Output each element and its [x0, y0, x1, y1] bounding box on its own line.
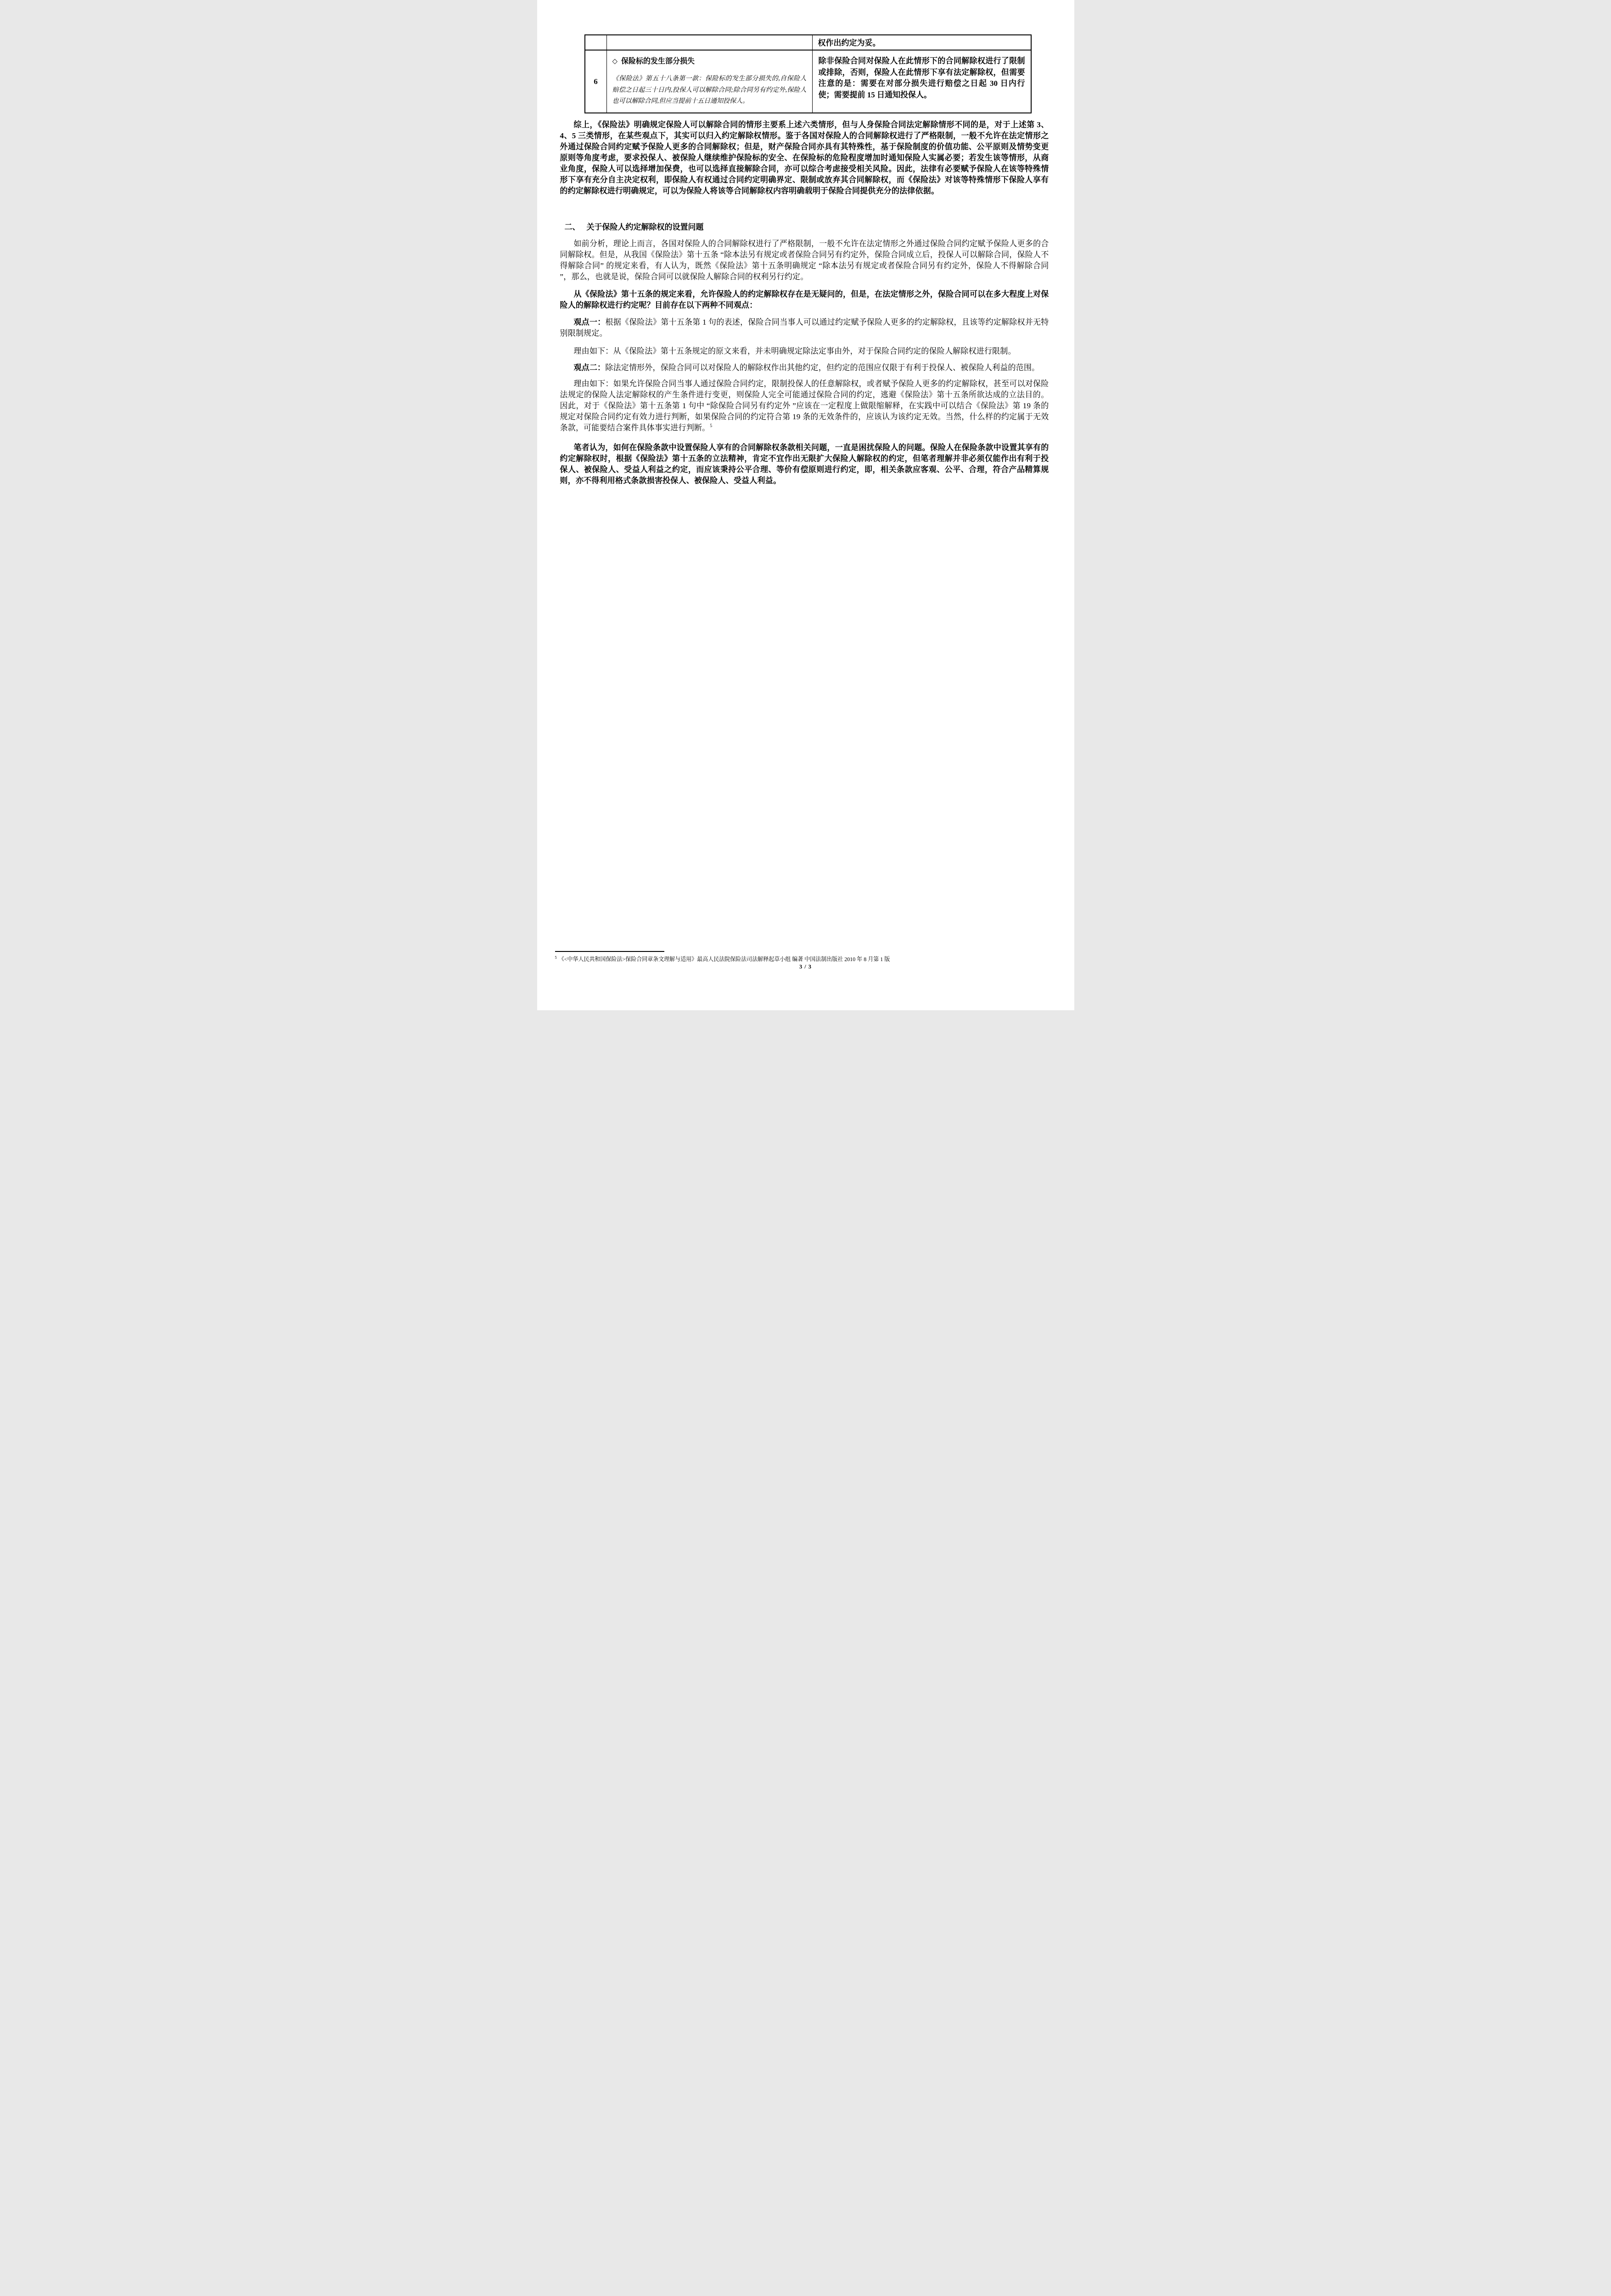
- viewpoint-1-text: 根据《保险法》第十五条第 1 句的表述，保险合同当事人可以通过约定赋予保险人更多…: [560, 318, 1049, 338]
- paragraph-reason-1: 理由如下：从《保险法》第十五条规定的原文来看，并未明确规定除法定事由外，对于保险…: [560, 346, 1049, 357]
- footnote-separator: [555, 951, 664, 952]
- paragraph-intro: 如前分析，理论上而言，各国对保险人的合同解除权进行了严格限制，一般不允许在法定情…: [560, 238, 1049, 282]
- table-row-number: 6: [585, 51, 607, 113]
- paragraph-viewpoint-1: 观点一：根据《保险法》第十五条第 1 句的表述，保险合同当事人可以通过约定赋予保…: [560, 317, 1049, 339]
- paragraph-viewpoint-2: 观点二：除法定情形外，保险合同可以对保险人的解除权作出其他约定，但约定的范围应仅…: [560, 362, 1049, 373]
- law-citation: 《保险法》第五十八条第一款：保险标的发生部分损失的,自保险人赔偿之日起三十日内,…: [612, 73, 807, 107]
- section-heading: 二、关于保险人约定解除权的设置问题: [565, 222, 1054, 233]
- footnote-marker: 5: [555, 955, 557, 960]
- paragraph-question: 从《保险法》第十五条的规定来看，允许保险人的约定解除权存在是无疑问的，但是，在法…: [560, 289, 1049, 311]
- footnote: 5《<中华人民共和国保险法>保险合同章条文理解与适用》最高人民法院保险法司法解释…: [555, 954, 1055, 963]
- page-number: 3 / 3: [537, 963, 1074, 970]
- topic-title-text: 保险标的发生部分损失: [621, 57, 695, 65]
- table-cell-analysis: 除非保险合同对保险人在此情形下的合同解除权进行了限制或排除，否则，保险人在此情形…: [813, 51, 1031, 113]
- viewpoint-2-text: 除法定情形外，保险合同可以对保险人的解除权作出其他约定，但约定的范围应仅限于有利…: [605, 363, 1039, 372]
- topic-title: ◇保险标的发生部分损失: [612, 56, 807, 67]
- viewpoint-1-label: 观点一：: [574, 318, 606, 326]
- paragraph-reason-2: 理由如下：如果允许保险合同当事人通过保险合同约定，限制投保人的任意解除权，或者赋…: [560, 378, 1049, 433]
- table-cell-prev-row-tail: 权作出约定为妥。: [813, 35, 1031, 51]
- section-number: 二、: [565, 223, 580, 231]
- table-cell-empty-topic: [607, 35, 813, 51]
- law-clauses-table: 权作出约定为妥。 6 ◇保险标的发生部分损失 《保险法》第五十八条第一款：保险标…: [584, 34, 1032, 113]
- table-cell-topic: ◇保险标的发生部分损失 《保险法》第五十八条第一款：保险标的发生部分损失的,自保…: [607, 51, 813, 113]
- diamond-icon: ◇: [612, 58, 618, 65]
- paragraph-summary: 综上，《保险法》明确规定保险人可以解除合同的情形主要系上述六类情形，但与人身保险…: [560, 119, 1049, 197]
- document-page: 权作出约定为妥。 6 ◇保险标的发生部分损失 《保险法》第五十八条第一款：保险标…: [537, 0, 1074, 1010]
- paragraph-conclusion: 笔者认为，如何在保险条款中设置保险人享有的合同解除权条款相关问题，一直是困扰保险…: [560, 442, 1049, 486]
- reason-2-text: 理由如下：如果允许保险合同当事人通过保险合同约定，限制投保人的任意解除权，或者赋…: [560, 379, 1049, 432]
- section-title: 关于保险人约定解除权的设置问题: [587, 223, 704, 231]
- footnote-text: 《<中华人民共和国保险法>保险合同章条文理解与适用》最高人民法院保险法司法解释起…: [559, 956, 890, 962]
- table-cell-empty-num: [585, 35, 607, 51]
- viewpoint-2-label: 观点二：: [574, 363, 606, 372]
- footnote-reference: 5: [710, 423, 712, 428]
